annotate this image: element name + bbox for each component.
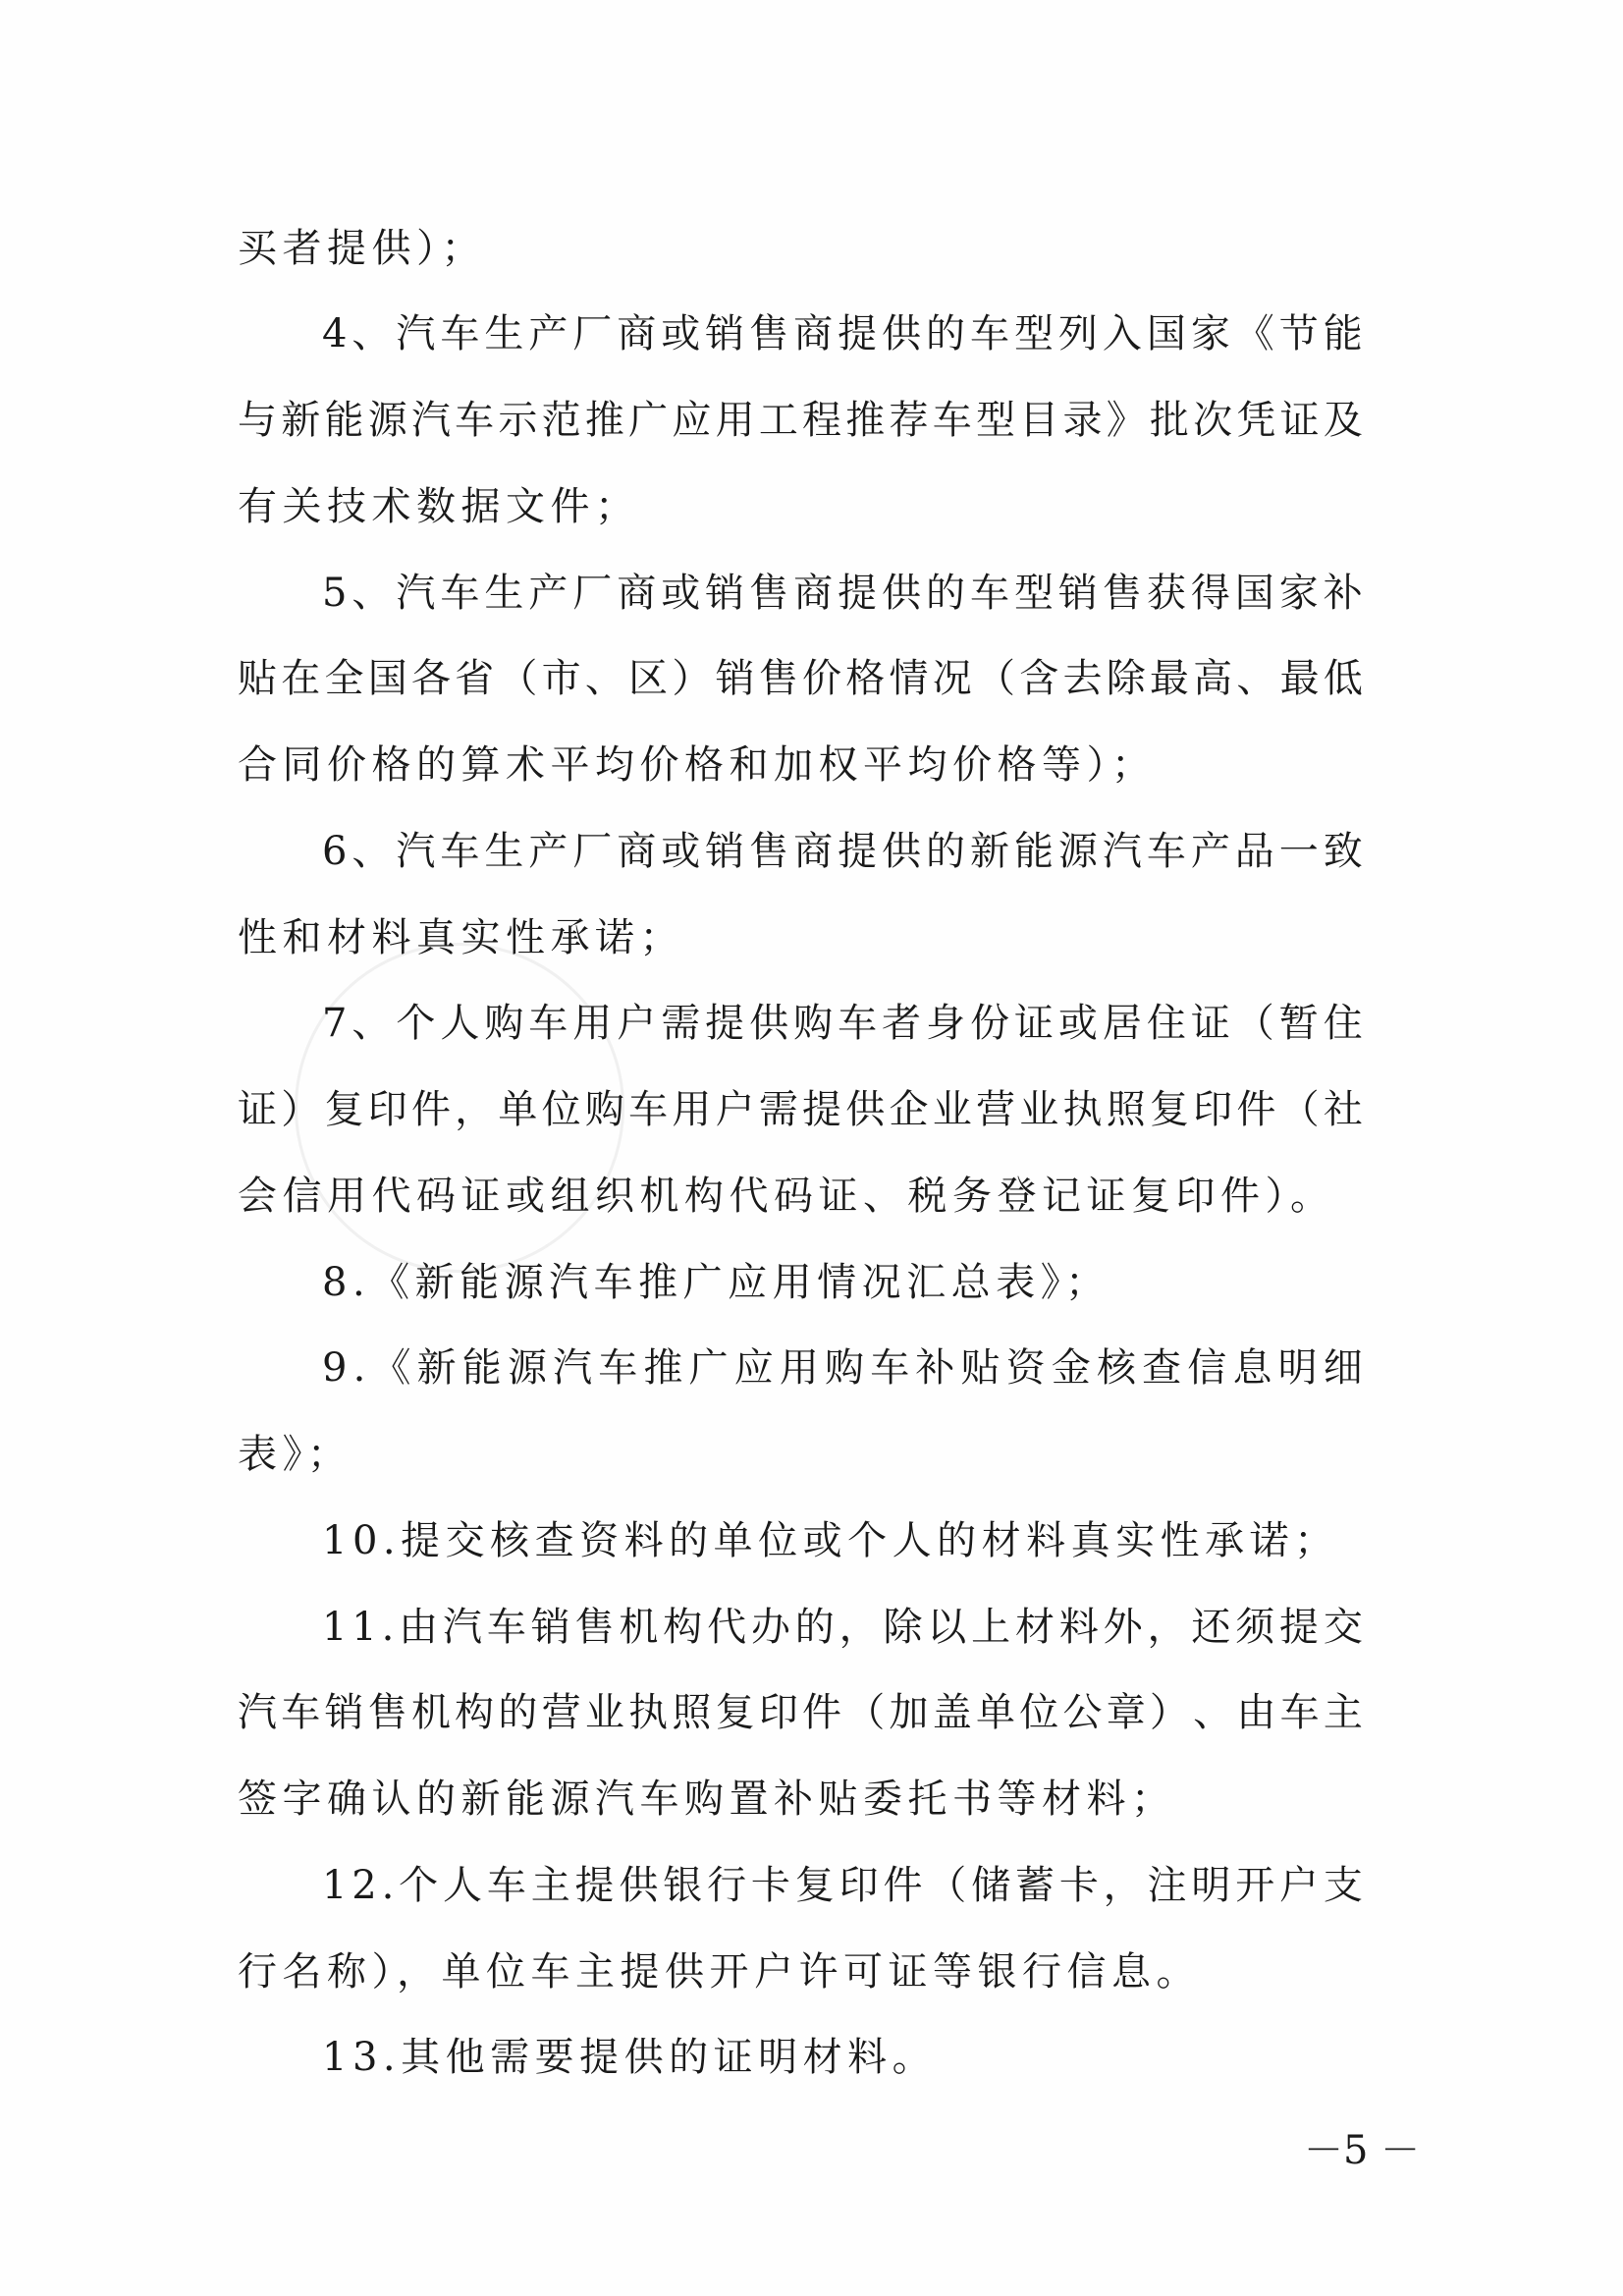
text-line: 性和材料真实性承诺； <box>238 914 1363 961</box>
text-line: 与新能源汽车示范推广应用工程推荐车型目录》批次凭证及 <box>238 397 1363 444</box>
page-number: －5 － <box>1304 2127 1420 2174</box>
text-line: 行名称），单位车主提供开户许可证等银行信息。 <box>238 1948 1363 1995</box>
text-line: 贴在全国各省（市、区）销售价格情况（含去除最高、最低 <box>238 655 1363 702</box>
text-line: 会信用代码证或组织机构代码证、税务登记证复印件）。 <box>238 1173 1363 1220</box>
list-item-8: 8.《新能源汽车推广应用情况汇总表》； <box>322 1259 1363 1306</box>
list-item-13: 13.其他需要提供的证明材料。 <box>322 2034 1363 2081</box>
text-line: 签字确认的新能源汽车购置补贴委托书等材料； <box>238 1776 1363 1823</box>
text-line: 合同价格的算术平均价格和加权平均价格等）； <box>238 741 1363 789</box>
text-line: 有关技术数据文件； <box>238 483 1363 530</box>
text-line: 表》； <box>238 1431 1363 1478</box>
list-item-12: 12.个人车主提供银行卡复印件（储蓄卡，注明开户支 <box>322 1862 1363 1909</box>
list-item-5: 5、汽车生产厂商或销售商提供的车型销售获得国家补 <box>322 570 1363 617</box>
list-item-10: 10.提交核查资料的单位或个人的材料真实性承诺； <box>322 1517 1363 1564</box>
text-line: 买者提供）； <box>238 225 1363 272</box>
list-item-7: 7、个人购车用户需提供购车者身份证或居住证（暂住 <box>322 1000 1363 1047</box>
list-item-6: 6、汽车生产厂商或销售商提供的新能源汽车产品一致 <box>322 828 1363 875</box>
document-page: 买者提供）； 4、汽车生产厂商或销售商提供的车型列入国家《节能 与新能源汽车示范… <box>0 0 1623 2296</box>
list-item-11: 11.由汽车销售机构代办的，除以上材料外，还须提交 <box>322 1604 1363 1651</box>
text-line: 汽车销售机构的营业执照复印件（加盖单位公章）、由车主 <box>238 1689 1363 1736</box>
list-item-4: 4、汽车生产厂商或销售商提供的车型列入国家《节能 <box>322 310 1363 357</box>
list-item-9: 9.《新能源汽车推广应用购车补贴资金核查信息明细 <box>322 1344 1363 1392</box>
text-line: 证）复印件，单位购车用户需提供企业营业执照复印件（社 <box>238 1086 1363 1133</box>
